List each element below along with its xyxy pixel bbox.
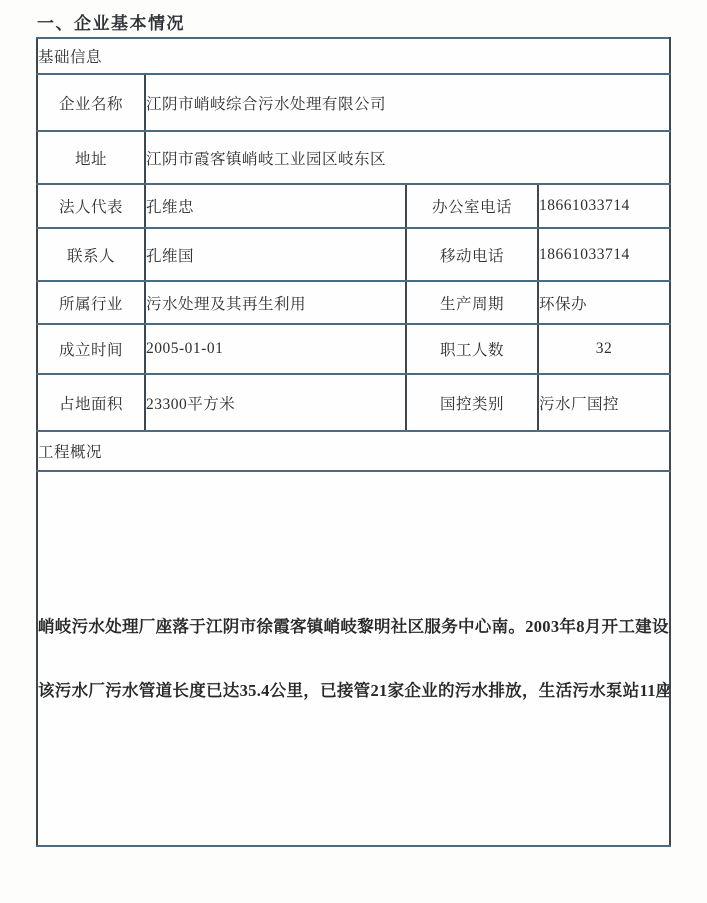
project-overview-paragraph: 该污水厂污水管道长度已达35.4公里，已接管21家企业的污水排放，生活污水泵站1… <box>38 679 669 703</box>
value-established-date: 2005-01-01 <box>145 324 406 374</box>
table-row: 占地面积 23300平方米 国控类别 污水厂国控 <box>37 374 670 431</box>
label-employee-count: 职工人数 <box>406 324 538 374</box>
project-overview-cell: 峭岐污水处理厂座落于江阴市徐霞客镇峭岐黎明社区服务中心南。2003年8月开工建设… <box>37 471 670 846</box>
value-land-area: 23300平方米 <box>145 374 406 431</box>
label-contact-person: 联系人 <box>37 228 145 281</box>
value-mobile-phone: 18661033714 <box>538 228 670 281</box>
table-row: 基础信息 <box>37 38 670 74</box>
value-legal-representative: 孔维忠 <box>145 184 406 228</box>
label-production-cycle: 生产周期 <box>406 281 538 324</box>
page-title: 一、企业基本情况 <box>37 9 185 34</box>
value-national-control-category: 污水厂国控 <box>538 374 670 431</box>
value-office-phone: 18661033714 <box>538 184 670 228</box>
value-production-cycle: 环保办 <box>538 281 670 324</box>
label-office-phone: 办公室电话 <box>406 184 538 228</box>
basic-info-table: 基础信息 企业名称 江阴市峭岐综合污水处理有限公司 地址 江阴市霞客镇峭岐工业园… <box>36 37 671 847</box>
table-row: 峭岐污水处理厂座落于江阴市徐霞客镇峭岐黎明社区服务中心南。2003年8月开工建设… <box>37 471 670 846</box>
section-header-project-overview: 工程概况 <box>37 431 670 471</box>
label-industry: 所属行业 <box>37 281 145 324</box>
table-row: 成立时间 2005-01-01 职工人数 32 <box>37 324 670 374</box>
table-row: 联系人 孔维国 移动电话 18661033714 <box>37 228 670 281</box>
section-header-basic-info: 基础信息 <box>37 38 670 74</box>
table-row: 所属行业 污水处理及其再生利用 生产周期 环保办 <box>37 281 670 324</box>
table-row: 工程概况 <box>37 431 670 471</box>
label-established-date: 成立时间 <box>37 324 145 374</box>
project-overview-paragraph: 峭岐污水处理厂座落于江阴市徐霞客镇峭岐黎明社区服务中心南。2003年8月开工建设… <box>38 615 669 639</box>
label-company-name: 企业名称 <box>37 74 145 131</box>
value-industry: 污水处理及其再生利用 <box>145 281 406 324</box>
label-address: 地址 <box>37 131 145 184</box>
label-land-area: 占地面积 <box>37 374 145 431</box>
value-address: 江阴市霞客镇峭岐工业园区岐东区 <box>145 131 670 184</box>
label-legal-representative: 法人代表 <box>37 184 145 228</box>
table-row: 法人代表 孔维忠 办公室电话 18661033714 <box>37 184 670 228</box>
table-row: 地址 江阴市霞客镇峭岐工业园区岐东区 <box>37 131 670 184</box>
label-mobile-phone: 移动电话 <box>406 228 538 281</box>
value-employee-count: 32 <box>538 324 670 374</box>
label-national-control-category: 国控类别 <box>406 374 538 431</box>
document-page: 一、企业基本情况 基础信息 企业名称 江阴市峭岐综合污水处理有限公司 地址 江阴… <box>0 0 707 903</box>
value-company-name: 江阴市峭岐综合污水处理有限公司 <box>145 74 670 131</box>
table-row: 企业名称 江阴市峭岐综合污水处理有限公司 <box>37 74 670 131</box>
value-contact-person: 孔维国 <box>145 228 406 281</box>
